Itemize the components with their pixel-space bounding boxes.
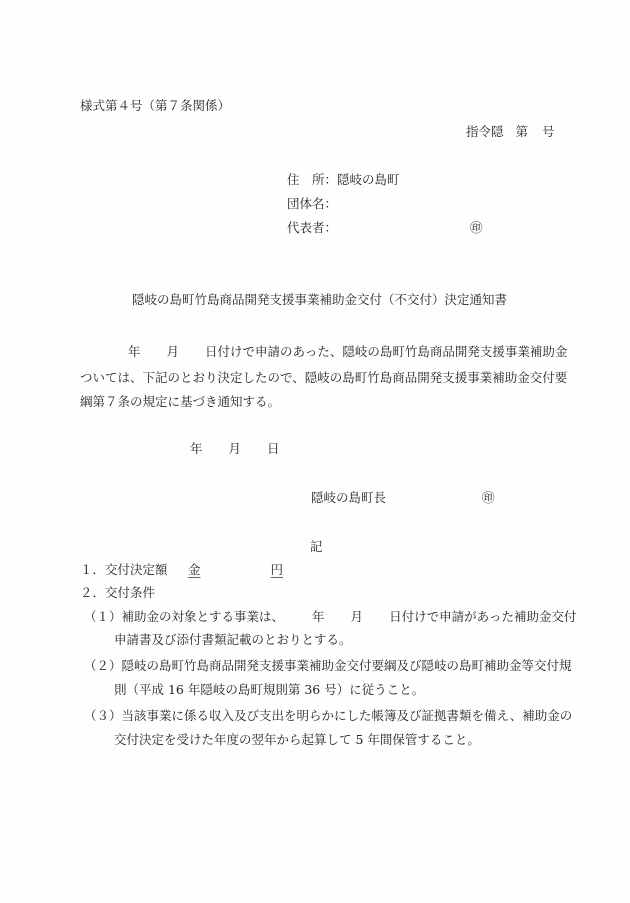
condition-3-line-2: 交付決定を受けた年度の翌年から起算して 5 年間保管すること。	[114, 732, 480, 748]
condition-3-line-1: （３）当該事業に係る収入及び支出を明らかにした帳簿及び証拠書類を備え、補助金の	[84, 708, 572, 724]
representative-line: 代表者：	[287, 220, 337, 236]
reference-number: 指令隠第号	[466, 124, 555, 140]
condition-1-line-2: 申請書及び添付書類記載のとおりとする。	[114, 632, 352, 648]
issuer-name: 隠岐の島町長	[311, 490, 386, 506]
address-label: 住 所：	[287, 172, 337, 187]
item-1-label: １．交付決定額	[80, 562, 168, 578]
condition-1-line-1: （１）補助金の対象とする事業は、年月日付けで申請があった補助金交付	[84, 609, 576, 625]
reference-prefix: 指令隠	[466, 124, 504, 139]
condition-2-line-1: （２）隠岐の島町竹島商品開発支援事業補助金交付要綱及び隠岐の島町補助金等交付規	[84, 658, 572, 674]
body-line-3: 綱第７条の規定に基づき通知する。	[80, 394, 280, 410]
notice-date: 年月日	[190, 441, 280, 457]
address-line: 住 所：隠岐の島町	[287, 172, 400, 188]
amount-prefix: 金	[188, 562, 201, 577]
issuer-seal-icon: ㊞	[482, 490, 495, 506]
amount-suffix: 円	[271, 562, 284, 577]
representative-seal-icon: ㊞	[470, 220, 483, 236]
reference-go: 号	[542, 124, 555, 139]
date-month: 月	[229, 441, 242, 456]
item-2-label: ２．交付条件	[80, 585, 155, 601]
representative-label: 代表者：	[287, 220, 337, 235]
reference-dai: 第	[516, 124, 529, 139]
group-line: 団体名：	[287, 196, 337, 212]
address-value: 隠岐の島町	[337, 172, 400, 187]
date-day: 日	[267, 441, 280, 456]
body-line-2: ついては、下記のとおり決定したので、隠岐の島町竹島商品開発支援事業補助金交付要	[80, 370, 567, 386]
ki-heading: 記	[310, 539, 323, 555]
date-year: 年	[190, 441, 203, 456]
grant-amount-field: 金円	[188, 562, 298, 578]
condition-2-line-2: 則（平成 16 年隠岐の島町規則第 36 号）に従うこと。	[114, 682, 424, 698]
document-title: 隠岐の島町竹島商品開発支援事業補助金交付（不交付）決定通知書	[132, 292, 507, 308]
body-line-1: 年月日付けで申請のあった、隠岐の島町竹島商品開発支援事業補助金	[128, 344, 567, 360]
group-label: 団体名：	[287, 196, 337, 211]
form-label: 様式第４号（第７条関係）	[80, 98, 230, 114]
